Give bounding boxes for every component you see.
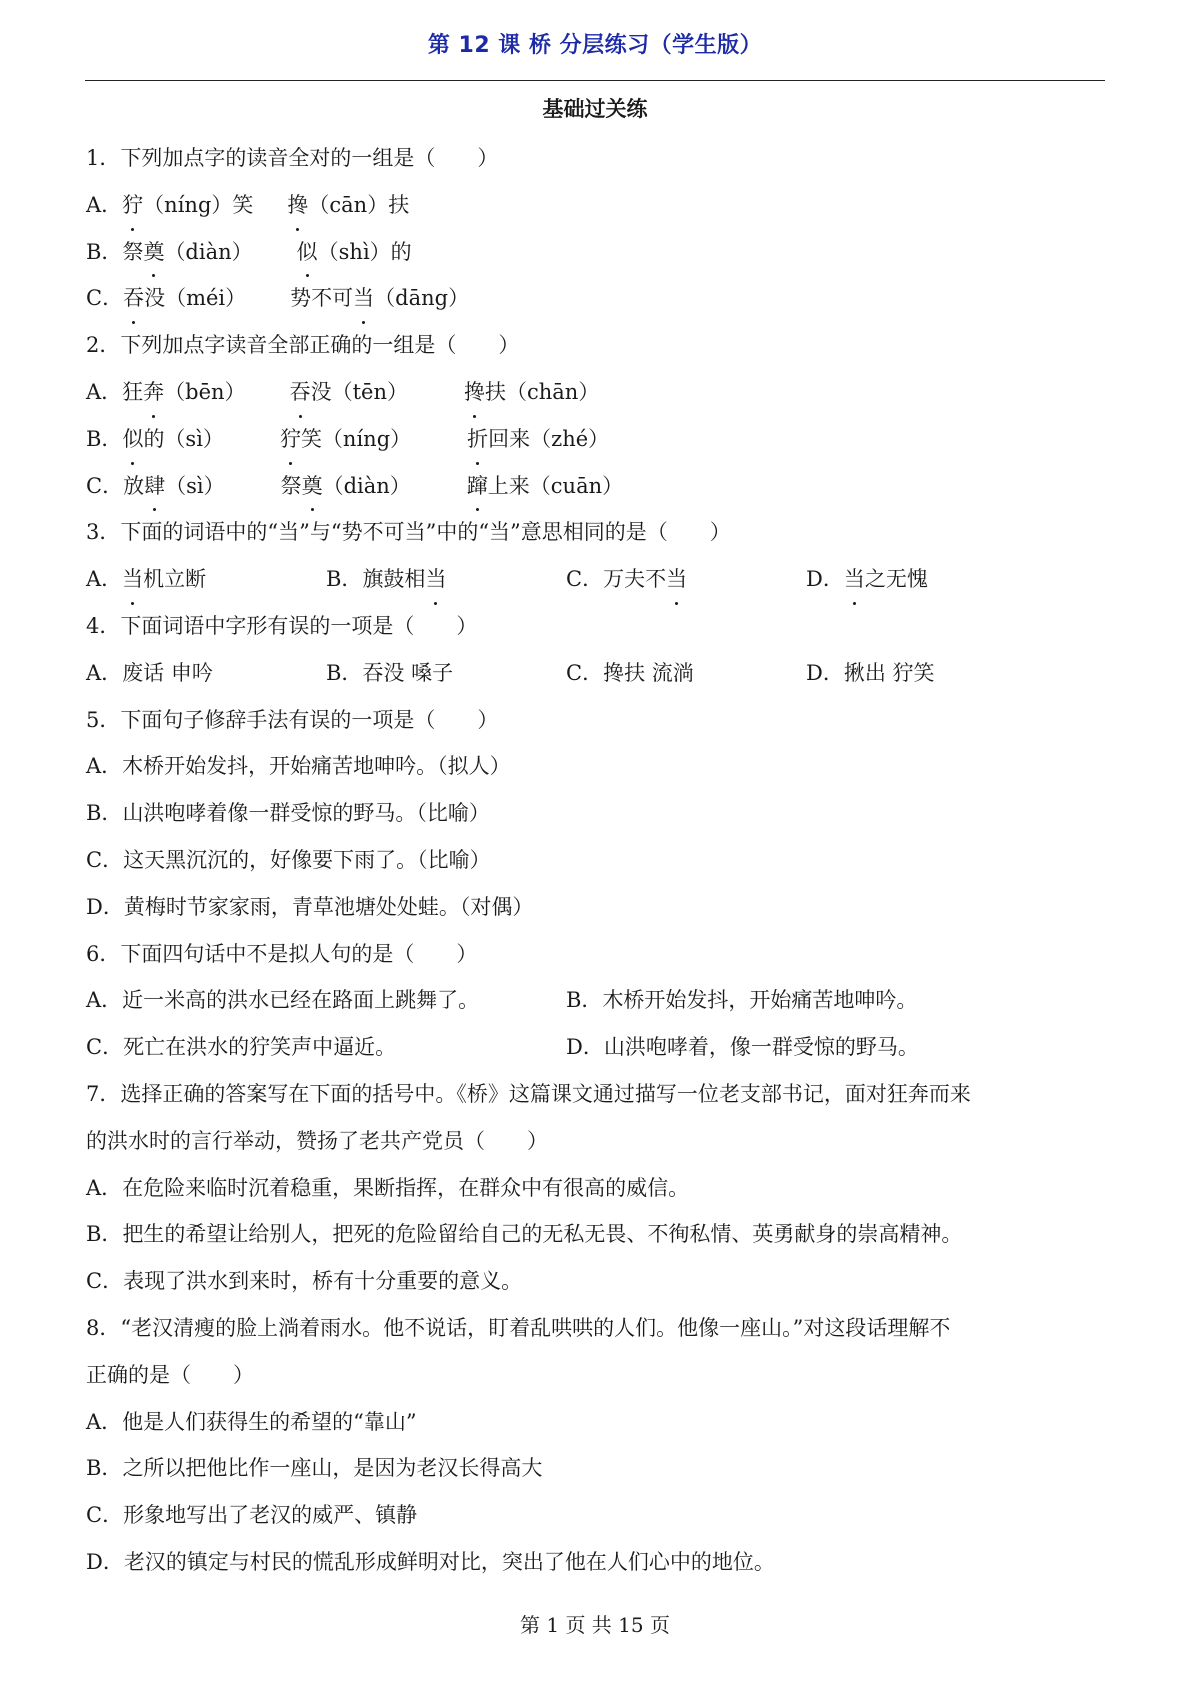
dotted-char: 当 xyxy=(425,556,446,603)
question-8-stem: 8．“老汉清瘦的脸上淌着雨水。他不说话，盯着乱哄哄的人们。他像一座山。”对这段话… xyxy=(86,1305,1106,1352)
question-1-option-b: B．祭奠（diàn）似（shì）的 xyxy=(86,229,1106,276)
dotted-char: 折 xyxy=(467,416,488,463)
option-b: B．吞没 嗓子 xyxy=(326,650,566,697)
question-3-options: A．当机立断 B．旗鼓相当 C．万夫不当 D．当之无愧 xyxy=(86,556,1106,603)
dotted-char: 搀 xyxy=(464,369,485,416)
option-c: C．万夫不当 xyxy=(566,556,806,603)
option-d: D．当之无愧 xyxy=(806,556,1046,603)
section-title: 基础过关练 xyxy=(0,92,1190,126)
dotted-char: 奠 xyxy=(143,229,164,276)
option-a: A．近一米高的洪水已经在路面上跳舞了。 xyxy=(86,977,566,1024)
page-number: 第 1 页 共 15 页 xyxy=(0,1610,1190,1640)
question-8-option-c: C．形象地写出了老汉的威严、镇静 xyxy=(86,1492,1106,1539)
question-2-option-c: C．放肆（sì）祭奠（diàn）蹿上来（cuān） xyxy=(86,463,1106,510)
option-c: C．搀扶 流淌 xyxy=(566,650,806,697)
dotted-char: 似 xyxy=(297,229,318,276)
dotted-char: 当 xyxy=(353,275,374,322)
question-8-option-b: B．之所以把他比作一座山，是因为老汉长得高大 xyxy=(86,1445,1106,1492)
question-8-stem-continued: 正确的是（ ） xyxy=(86,1352,1106,1399)
dotted-char: 当 xyxy=(666,556,687,603)
question-2-option-a: A．狂奔（bēn）吞没（tēn）搀扶（chān） xyxy=(86,369,1106,416)
dotted-char: 狞 xyxy=(280,416,301,463)
question-3-stem: 3．下面的词语中的“当”与“势不可当”中的“当”意思相同的是（ ） xyxy=(86,509,1106,556)
question-7-stem-continued: 的洪水时的言行举动，赞扬了老共产党员（ ） xyxy=(86,1118,1106,1165)
question-5-stem: 5．下面句子修辞手法有误的一项是（ ） xyxy=(86,697,1106,744)
dotted-char: 搀 xyxy=(287,182,308,229)
question-8-option-a: A．他是人们获得生的希望的“靠山” xyxy=(86,1399,1106,1446)
dotted-char: 似 xyxy=(122,416,143,463)
option-b: B．旗鼓相当 xyxy=(326,556,566,603)
dotted-char: 吞 xyxy=(290,369,311,416)
question-1-stem: 1．下列加点字的读音全对的一组是（ ） xyxy=(86,135,1106,182)
question-6-stem: 6．下面四句话中不是拟人句的是（ ） xyxy=(86,931,1106,978)
dotted-char: 奠 xyxy=(302,463,323,510)
option-c: C．死亡在洪水的狞笑声中逼近。 xyxy=(86,1024,566,1071)
question-6-options-row-1: A．近一米高的洪水已经在路面上跳舞了。 B．木桥开始发抖，开始痛苦地呻吟。 xyxy=(86,977,1106,1024)
question-7-stem: 7．选择正确的答案写在下面的括号中。《桥》这篇课文通过描写一位老支部书记，面对狂… xyxy=(86,1071,1106,1118)
question-5-option-c: C．这天黑沉沉的，好像要下雨了。（比喻） xyxy=(86,837,1106,884)
question-2-option-b: B．似的（sì）狞笑（níng）折回来（zhé） xyxy=(86,416,1106,463)
question-6-options-row-2: C．死亡在洪水的狞笑声中逼近。 D．山洪咆哮着，像一群受惊的野马。 xyxy=(86,1024,1106,1071)
question-1-option-c: C．吞没（méi）势不可当（dāng） xyxy=(86,275,1106,322)
question-1-option-a: A．狞（níng）笑搀（cān）扶 xyxy=(86,182,1106,229)
dotted-char: 吞 xyxy=(123,275,144,322)
question-7-option-a: A．在危险来临时沉着稳重，果断指挥，在群众中有很高的威信。 xyxy=(86,1165,1106,1212)
page-header: 第 12 课 桥 分层练习（学生版） xyxy=(85,28,1105,81)
question-5-option-a: A．木桥开始发抖，开始痛苦地呻吟。（拟人） xyxy=(86,743,1106,790)
option-b: B．木桥开始发抖，开始痛苦地呻吟。 xyxy=(566,977,1046,1024)
question-2-stem: 2．下列加点字读音全部正确的一组是（ ） xyxy=(86,322,1106,369)
dotted-char: 狞 xyxy=(122,182,143,229)
option-d: D．山洪咆哮着，像一群受惊的野马。 xyxy=(566,1024,1046,1071)
option-a: A．废话 申吟 xyxy=(86,650,326,697)
option-d: D．揪出 狞笑 xyxy=(806,650,1046,697)
question-4-options: A．废话 申吟 B．吞没 嗓子 C．搀扶 流淌 D．揪出 狞笑 xyxy=(86,650,1106,697)
dotted-char: 当 xyxy=(844,556,865,603)
question-7-option-b: B．把生的希望让给别人，把死的危险留给自己的无私无畏、不徇私情、英勇献身的崇高精… xyxy=(86,1211,1106,1258)
question-7-option-c: C．表现了洪水到来时，桥有十分重要的意义。 xyxy=(86,1258,1106,1305)
question-5-option-d: D．黄梅时节家家雨，青草池塘处处蛙。（对偶） xyxy=(86,884,1106,931)
question-5-option-b: B．山洪咆哮着像一群受惊的野马。（比喻） xyxy=(86,790,1106,837)
dotted-char: 蹿 xyxy=(467,463,488,510)
dotted-char: 当 xyxy=(122,556,143,603)
dotted-char: 肆 xyxy=(144,463,165,510)
question-4-stem: 4．下面词语中字形有误的一项是（ ） xyxy=(86,603,1106,650)
option-a: A．当机立断 xyxy=(86,556,326,603)
document-title: 第 12 课 桥 分层练习（学生版） xyxy=(85,28,1105,64)
dotted-char: 奔 xyxy=(143,369,164,416)
question-list: 1．下列加点字的读音全对的一组是（ ） A．狞（níng）笑搀（cān）扶 B．… xyxy=(86,135,1106,1586)
question-8-option-d: D．老汉的镇定与村民的慌乱形成鲜明对比，突出了他在人们心中的地位。 xyxy=(86,1539,1106,1586)
